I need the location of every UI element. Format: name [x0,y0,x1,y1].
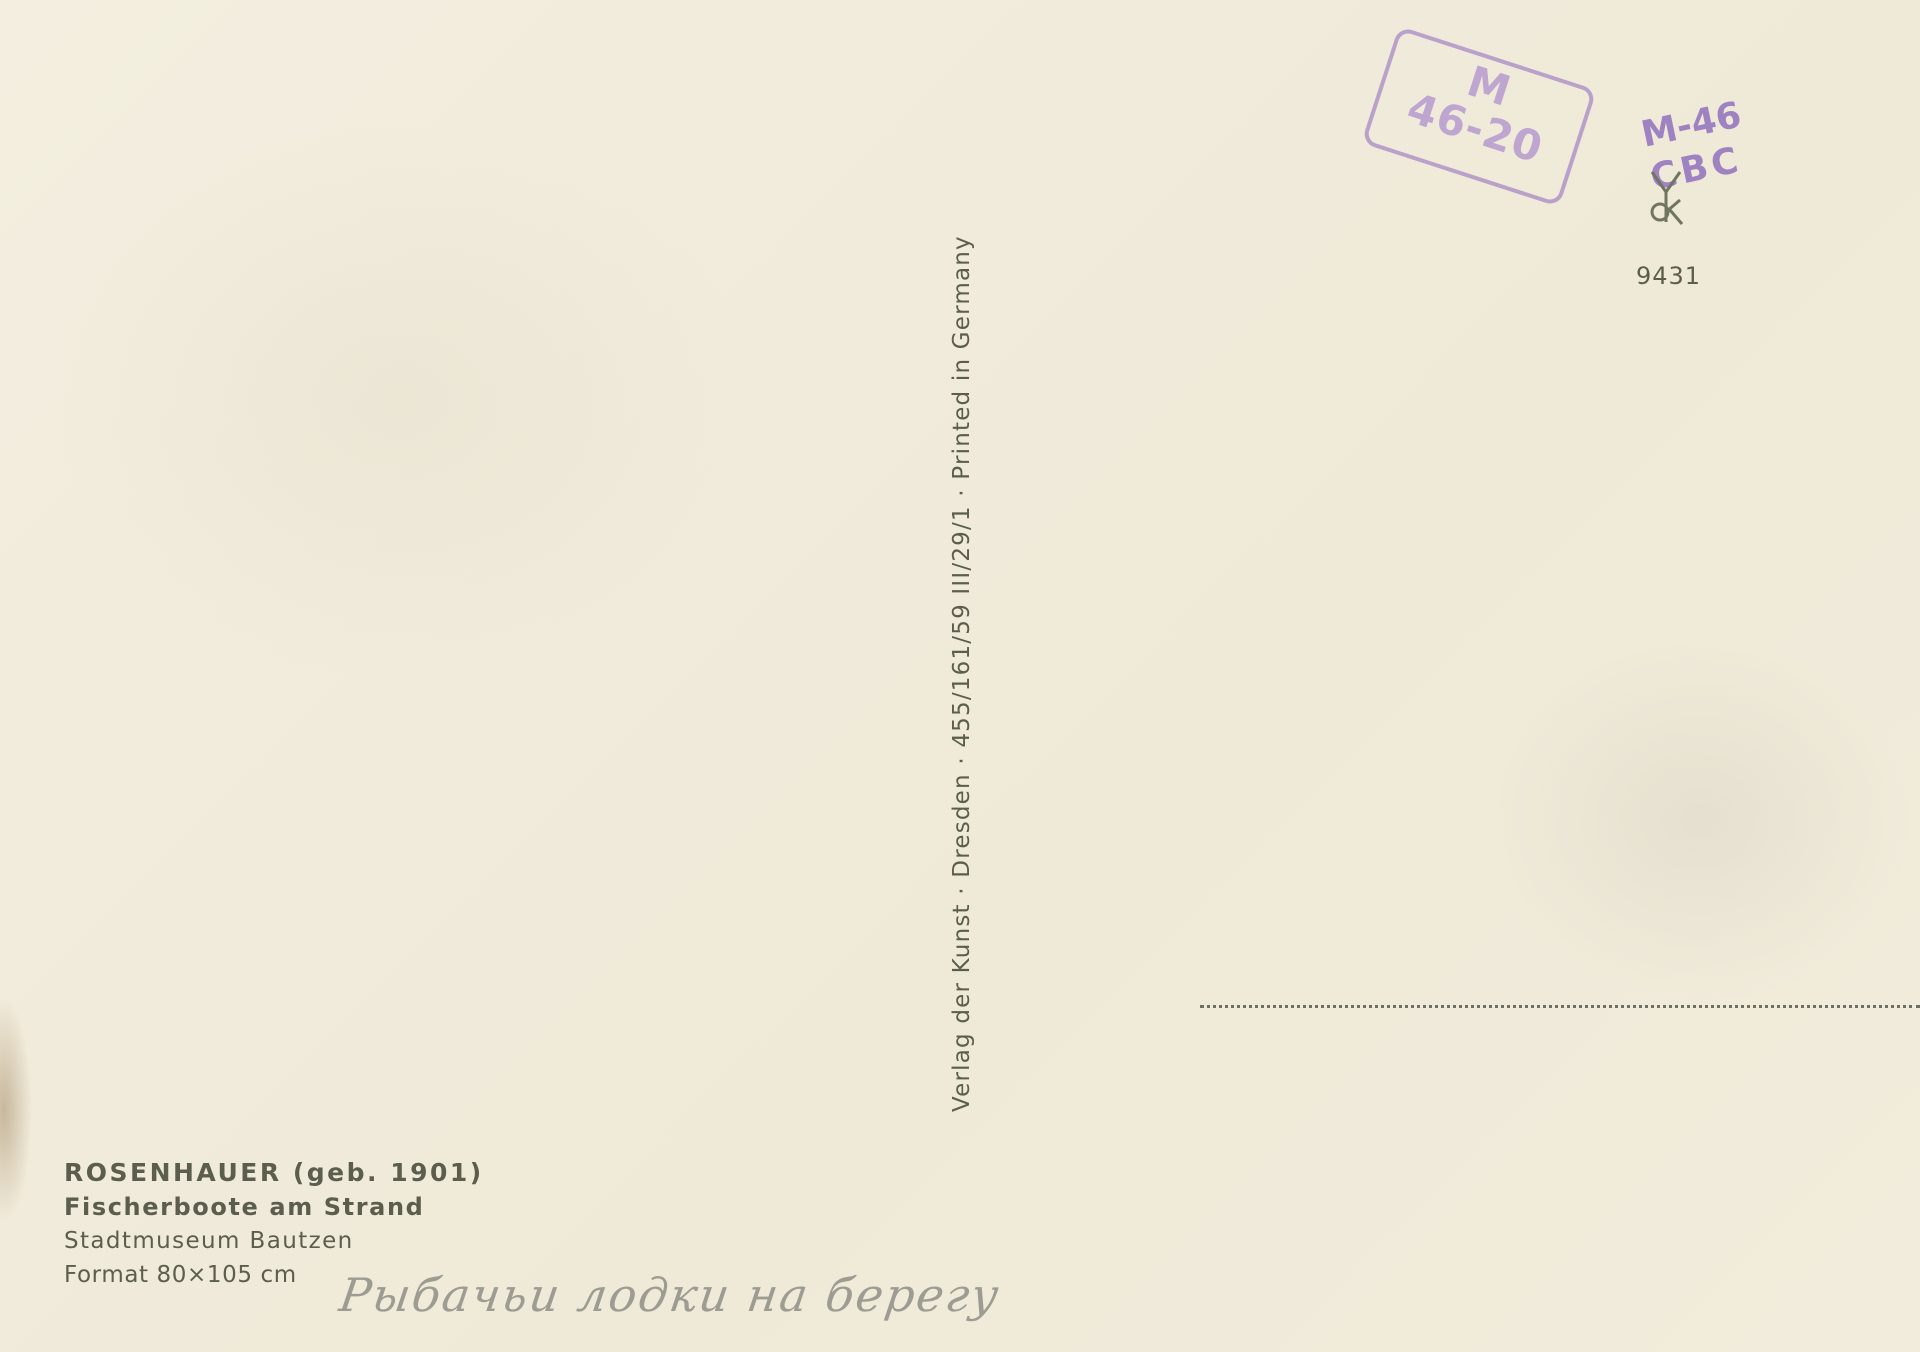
artist-name: ROSENHAUER (geb. 1901) [64,1156,484,1190]
publisher-imprint: Verlag der Kunst · Dresden · 455/161/59 … [949,235,975,1112]
archive-stamp-1: М 46-20 [1361,26,1597,207]
postcard-back: М 46-20 М-46 СВС 9431 Verlag der Kunst ·… [0,0,1920,1352]
address-line [1200,1005,1920,1008]
catalog-number: 9431 [1636,262,1701,290]
handwritten-note: Рыбачьи лодки на берегу [336,1268,1004,1322]
collection-name: Stadtmuseum Bautzen [64,1224,484,1258]
publisher-logo-icon [1648,168,1684,228]
artwork-title: Fischerboote am Strand [64,1190,484,1224]
